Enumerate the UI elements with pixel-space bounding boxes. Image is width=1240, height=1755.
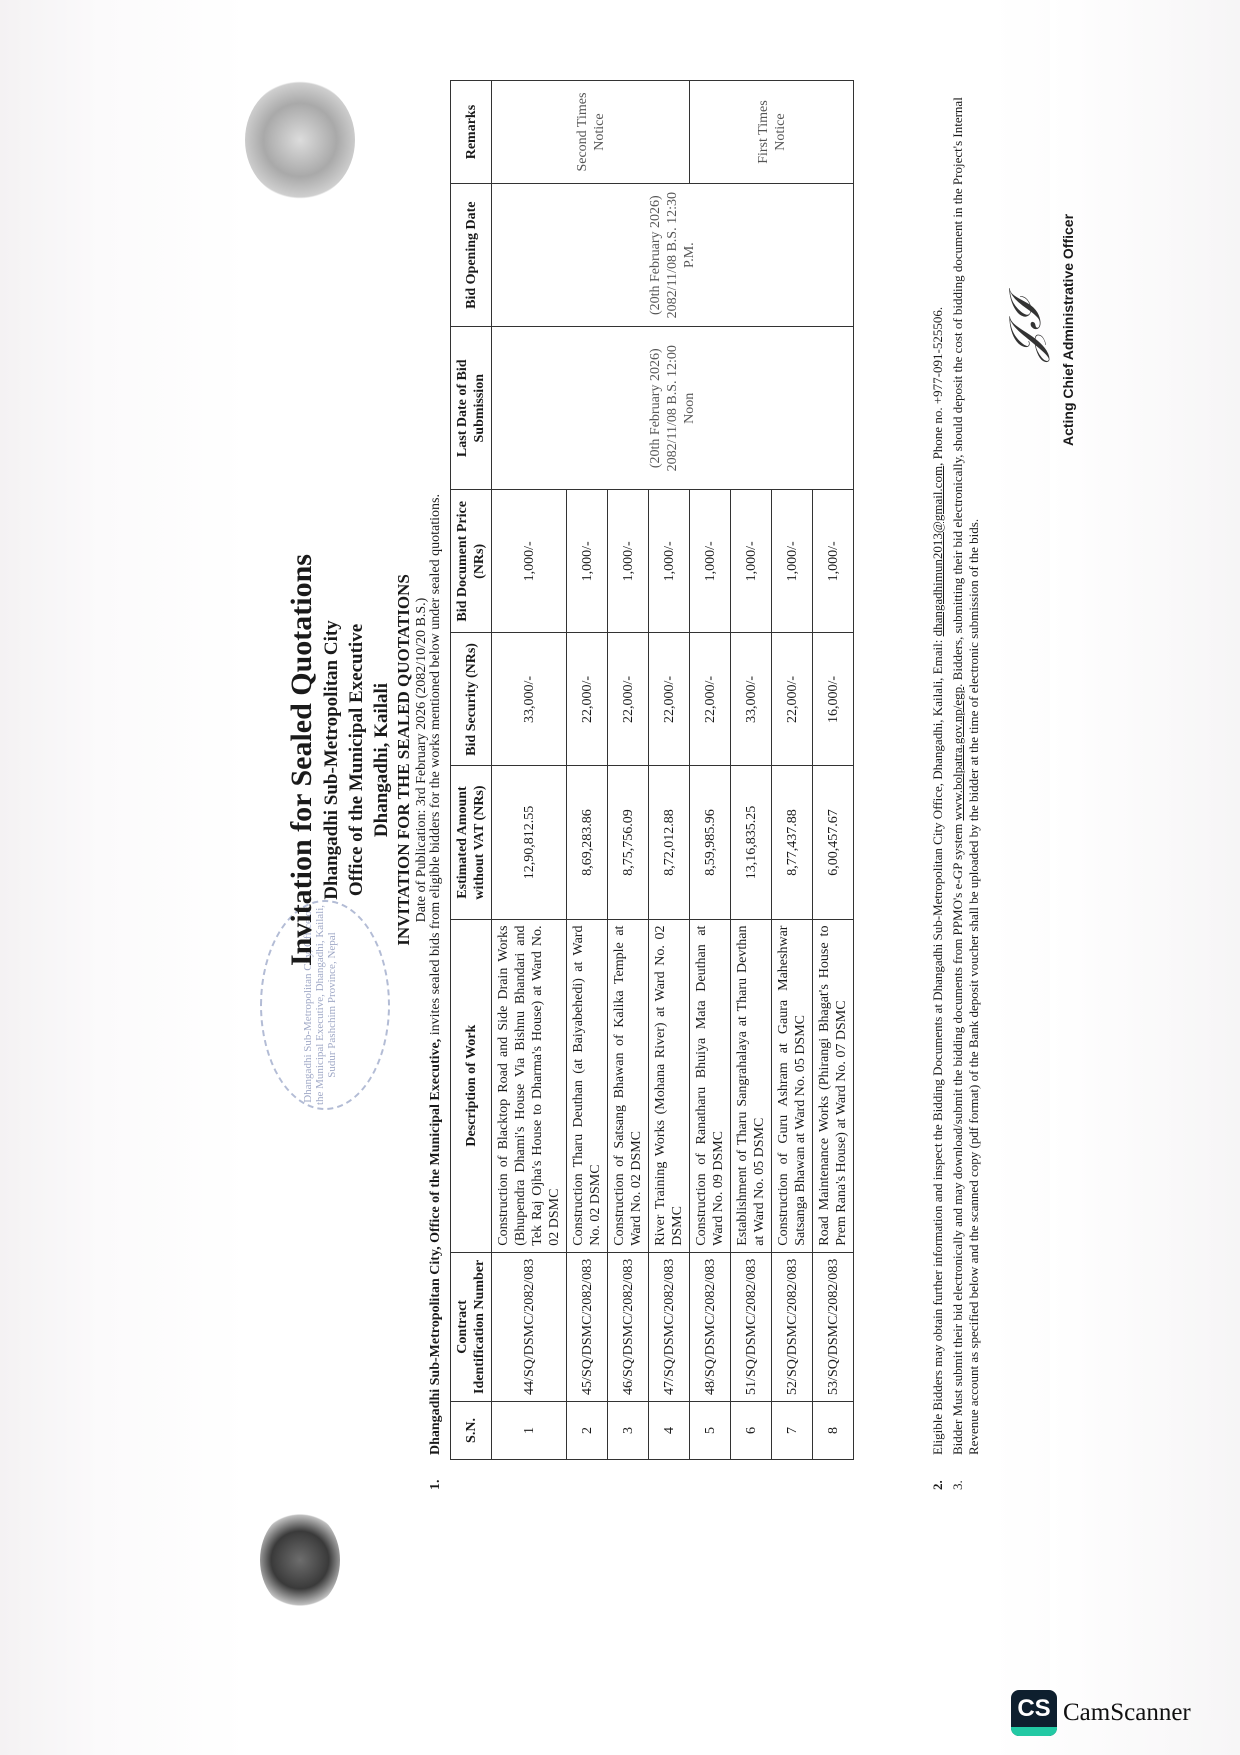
invitation-heading: INVITATION FOR THE SEALED QUOTATIONS: [394, 410, 414, 1110]
signature-block: 𝒥ℐ Acting Chief Administrative Officer: [1000, 200, 1076, 460]
cell-amount: 6,00,457.67: [813, 766, 854, 919]
note-text: Eligible Bidders may obtain further info…: [930, 307, 946, 1455]
cell-security: 22,000/-: [567, 633, 608, 766]
org-line-2: Office of the Municipal Executive: [344, 410, 369, 1110]
cell-description: Construction of Blacktop Road and Side D…: [492, 919, 567, 1252]
header-bid-security: Bid Security (NRs): [451, 633, 492, 766]
cell-amount: 12,90,812.55: [492, 766, 567, 919]
cell-doc-price: 1,000/-: [772, 490, 813, 633]
header-contract-id: Contract Identification Number: [451, 1252, 492, 1401]
cell-doc-price: 1,000/-: [608, 490, 649, 633]
table-row: 1 44/SQ/DSMC/2082/083 Construction of Bl…: [492, 81, 567, 1460]
intro-text: invites sealed bids from eligible bidder…: [428, 494, 443, 1039]
cell-sn: 6: [731, 1401, 772, 1459]
camscanner-watermark: CS CamScanner: [1011, 1690, 1191, 1736]
cell-remarks-second-notice: Second Times Notice: [492, 81, 690, 184]
cell-security: 22,000/-: [649, 633, 690, 766]
cell-amount: 8,72,012.88: [649, 766, 690, 919]
cell-contract-id: 47/SQ/DSMC/2082/083: [649, 1252, 690, 1401]
cell-doc-price: 1,000/-: [690, 490, 731, 633]
header-opening-date: Bid Opening Date: [451, 184, 492, 327]
org-line-1: Dhangadhi Sub-Metropolitan City: [319, 410, 344, 1110]
cell-description: Construction Tharu Deuthan (at Baiyabehe…: [567, 919, 608, 1252]
intro-number: 1.: [428, 1455, 444, 1490]
cell-amount: 8,77,437.88: [772, 766, 813, 919]
cell-contract-id: 46/SQ/DSMC/2082/083: [608, 1252, 649, 1401]
cell-sn: 2: [567, 1401, 608, 1459]
cell-security: 33,000/-: [731, 633, 772, 766]
cell-contract-id: 52/SQ/DSMC/2082/083: [772, 1252, 813, 1401]
note-number: 2.: [930, 1455, 946, 1490]
cell-sn: 8: [813, 1401, 854, 1459]
note-text: Bidder Must submit their bid electronica…: [950, 90, 982, 1455]
cell-security: 22,000/-: [608, 633, 649, 766]
cell-security: 22,000/-: [690, 633, 731, 766]
cell-last-date: (20th February 2026) 2082/11/08 B.S. 12:…: [492, 327, 854, 490]
title-block: Invitation for Sealed Quotations Dhangad…: [285, 410, 430, 1110]
cell-security: 33,000/-: [492, 633, 567, 766]
egp-link[interactable]: www.bolpatra.gov.np/egp: [950, 687, 965, 821]
note-3: 3. Bidder Must submit their bid electron…: [950, 90, 982, 1490]
header-bid-doc-price: Bid Document Price (NRs): [451, 490, 492, 633]
rotated-document: Dhangadhi Sub-Metropolitan City, Office …: [110, 70, 1130, 1670]
cell-sn: 5: [690, 1401, 731, 1459]
camscanner-label: CamScanner: [1063, 1699, 1191, 1727]
signature-scribble: 𝒥ℐ: [1000, 200, 1060, 460]
cell-doc-price: 1,000/-: [731, 490, 772, 633]
cell-doc-price: 1,000/-: [567, 490, 608, 633]
cell-remarks-first-notice: First Times Notice: [690, 81, 854, 184]
cell-contract-id: 51/SQ/DSMC/2082/083: [731, 1252, 772, 1401]
cell-security: 22,000/-: [772, 633, 813, 766]
header-description: Description of Work: [451, 919, 492, 1252]
cell-contract-id: 45/SQ/DSMC/2082/083: [567, 1252, 608, 1401]
cell-description: River Training Works (Mohana River) at W…: [649, 919, 690, 1252]
note-2: 2. Eligible Bidders may obtain further i…: [930, 90, 946, 1490]
cell-doc-price: 1,000/-: [649, 490, 690, 633]
cell-doc-price: 1,000/-: [492, 490, 567, 633]
header-estimated-amount: Estimated Amount without VAT (NRs): [451, 766, 492, 919]
cell-contract-id: 53/SQ/DSMC/2082/083: [813, 1252, 854, 1401]
nepal-emblem-icon: [260, 1510, 340, 1610]
cell-amount: 8,69,283.86: [567, 766, 608, 919]
cell-description: Construction of Satsang Bhawan of Kalika…: [608, 919, 649, 1252]
cell-amount: 8,75,756.09: [608, 766, 649, 919]
header-remarks: Remarks: [451, 81, 492, 184]
note-text-part: Eligible Bidders may obtain further info…: [930, 636, 945, 1455]
cell-amount: 8,59,985.96: [690, 766, 731, 919]
notes-section: 2. Eligible Bidders may obtain further i…: [930, 90, 986, 1490]
cell-opening-date: (20th February 2026) 2082/11/08 B.S. 12:…: [492, 184, 854, 327]
note-number: 3.: [950, 1455, 982, 1490]
header-sn: S.N.: [451, 1401, 492, 1459]
camscanner-icon: CS: [1011, 1690, 1057, 1736]
document-title: Invitation for Sealed Quotations: [285, 410, 319, 1110]
cell-sn: 1: [492, 1401, 567, 1459]
note-text-part: Bidder Must submit their bid electronica…: [950, 821, 965, 1455]
cell-description: Construction of Guru Ashram at Gaura Mah…: [772, 919, 813, 1252]
intro-paragraph: 1.Dhangadhi Sub-Metropolitan City, Offic…: [428, 90, 444, 1490]
cell-contract-id: 48/SQ/DSMC/2082/083: [690, 1252, 731, 1401]
cell-sn: 4: [649, 1401, 690, 1459]
org-line-3: Dhangadhi, Kailali: [369, 410, 394, 1110]
table-header-row: S.N. Contract Identification Number Desc…: [451, 81, 492, 1460]
cell-description: Road Maintenance Works (Phirangi Bhagat'…: [813, 919, 854, 1252]
cell-amount: 13,16,835.25: [731, 766, 772, 919]
document-page: Dhangadhi Sub-Metropolitan City, Office …: [110, 70, 1130, 1670]
intro-bold-text: Dhangadhi Sub-Metropolitan City, Office …: [428, 1039, 443, 1455]
bids-table: S.N. Contract Identification Number Desc…: [450, 80, 854, 1460]
cell-sn: 3: [608, 1401, 649, 1459]
email-link[interactable]: dhangadhimun2013@gmail.com: [930, 466, 945, 636]
cell-description: Establishment of Tharu Sangrahalaya at T…: [731, 919, 772, 1252]
note-text-part: , Phone no. +977-091-525506.: [930, 307, 945, 466]
cell-description: Construction of Ranatharu Bhuiya Mata De…: [690, 919, 731, 1252]
cell-doc-price: 1,000/-: [813, 490, 854, 633]
round-seal-icon: [245, 80, 355, 200]
signatory-title: Acting Chief Administrative Officer: [1060, 200, 1076, 460]
cell-sn: 7: [772, 1401, 813, 1459]
cell-contract-id: 44/SQ/DSMC/2082/083: [492, 1252, 567, 1401]
cell-security: 16,000/-: [813, 633, 854, 766]
header-last-date: Last Date of Bid Submission: [451, 327, 492, 490]
